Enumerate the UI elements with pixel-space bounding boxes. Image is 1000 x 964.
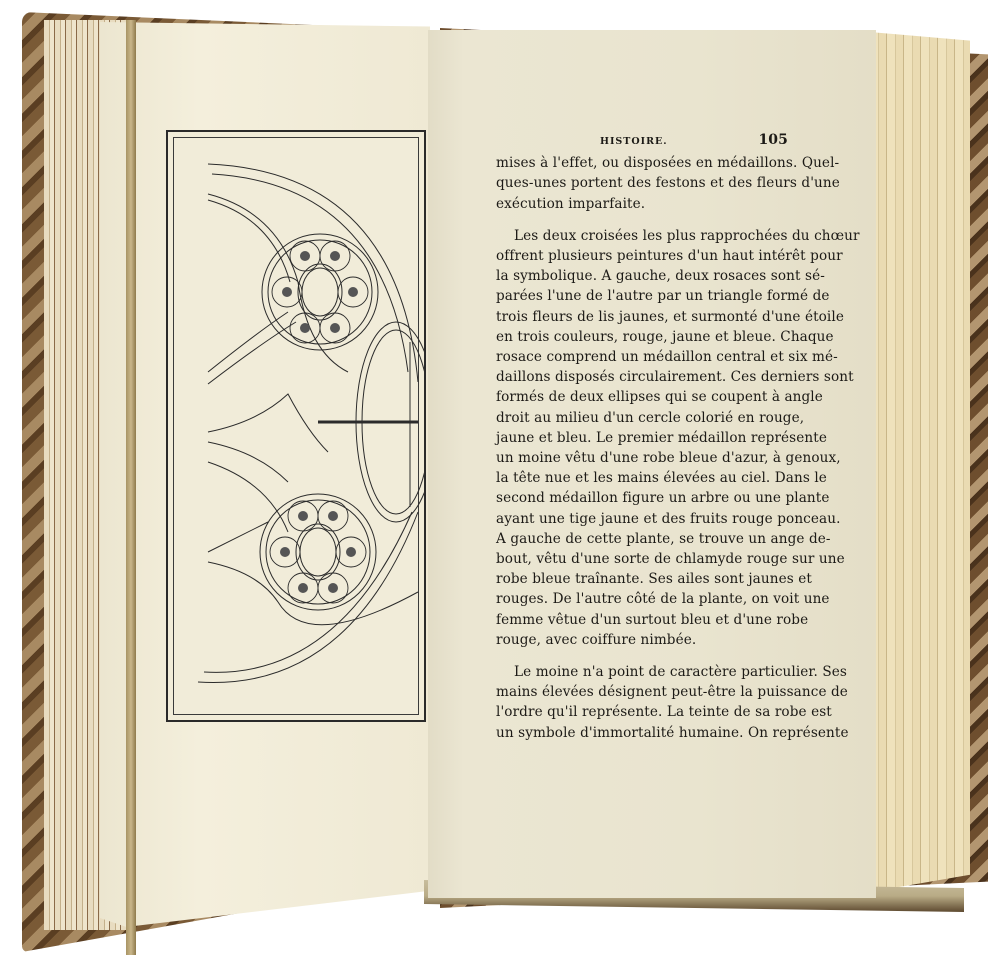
right-page-edges — [870, 32, 970, 892]
text-line: trois fleurs de lis jaunes, et surmonté … — [496, 307, 788, 327]
text-line: rouges. De l'autre côté de la plante, on… — [496, 589, 788, 609]
paragraph-3: Le moine n'a point de caractère particul… — [496, 662, 788, 743]
text-line: ques-unes portent des festons et des fle… — [496, 173, 788, 193]
text-line: mises à l'effet, ou disposées en médaill… — [496, 153, 788, 173]
text-line: rosace comprend un médaillon central et … — [496, 347, 788, 367]
text-line: jaune et bleu. Le premier médaillon repr… — [496, 428, 788, 448]
text-line: un symbole d'immortalité humaine. On rep… — [496, 723, 788, 743]
text-line: robe bleue traînante. Ses ailes sont jau… — [496, 569, 788, 589]
text-line: la symbolique. A gauche, deux rosaces so… — [496, 266, 788, 286]
text-line: en trois couleurs, rouge, jaune et bleue… — [496, 327, 788, 347]
text-line: second médaillon figure un arbre ou une … — [496, 488, 788, 508]
text-line: ayant une tige jaune et des fruits rouge… — [496, 509, 788, 529]
paragraph-1: mises à l'effet, ou disposées en médaill… — [496, 153, 788, 214]
text-line: rouge, avec coiffure nimbée. — [496, 630, 788, 650]
text-line: l'ordre qu'il représente. La teinte de s… — [496, 702, 788, 722]
gothic-tracery-illustration-icon — [168, 132, 424, 720]
bookmark-ribbon — [126, 20, 136, 955]
text-line: bout, vêtu d'une sorte de chlamyde rouge… — [496, 549, 788, 569]
engraved-plate — [166, 130, 426, 722]
page-text: HISTOIRE. 105 mises à l'effet, ou dispos… — [496, 130, 788, 743]
text-line: femme vêtue d'un surtout bleu et d'une r… — [496, 610, 788, 630]
text-line: formés de deux ellipses qui se coupent à… — [496, 387, 788, 407]
running-head: HISTOIRE. 105 — [496, 130, 788, 152]
text-line: A gauche de cette plante, se trouve un a… — [496, 529, 788, 549]
text-line: Les deux croisées les plus rapprochées d… — [496, 226, 788, 246]
text-line: mains élevées désignent peut-être la pui… — [496, 682, 788, 702]
text-line: daillons disposés circulairement. Ces de… — [496, 367, 788, 387]
page-number: 105 — [758, 130, 788, 150]
text-line: offrent plusieurs peintures d'un haut in… — [496, 246, 788, 266]
text-line: un moine vêtu d'une robe bleue d'azur, à… — [496, 448, 788, 468]
text-line: parées l'une de l'autre par un triangle … — [496, 286, 788, 306]
text-line: droit au milieu d'un cercle colorié en r… — [496, 408, 788, 428]
open-book: HISTOIRE. 105 mises à l'effet, ou dispos… — [0, 0, 1000, 964]
running-title: HISTOIRE. — [600, 132, 668, 152]
paragraph-2: Les deux croisées les plus rapprochées d… — [496, 226, 788, 650]
text-line: Le moine n'a point de caractère particul… — [496, 662, 788, 682]
text-line: exécution imparfaite. — [496, 194, 788, 214]
text-line: la tête nue et les mains élevées au ciel… — [496, 468, 788, 488]
